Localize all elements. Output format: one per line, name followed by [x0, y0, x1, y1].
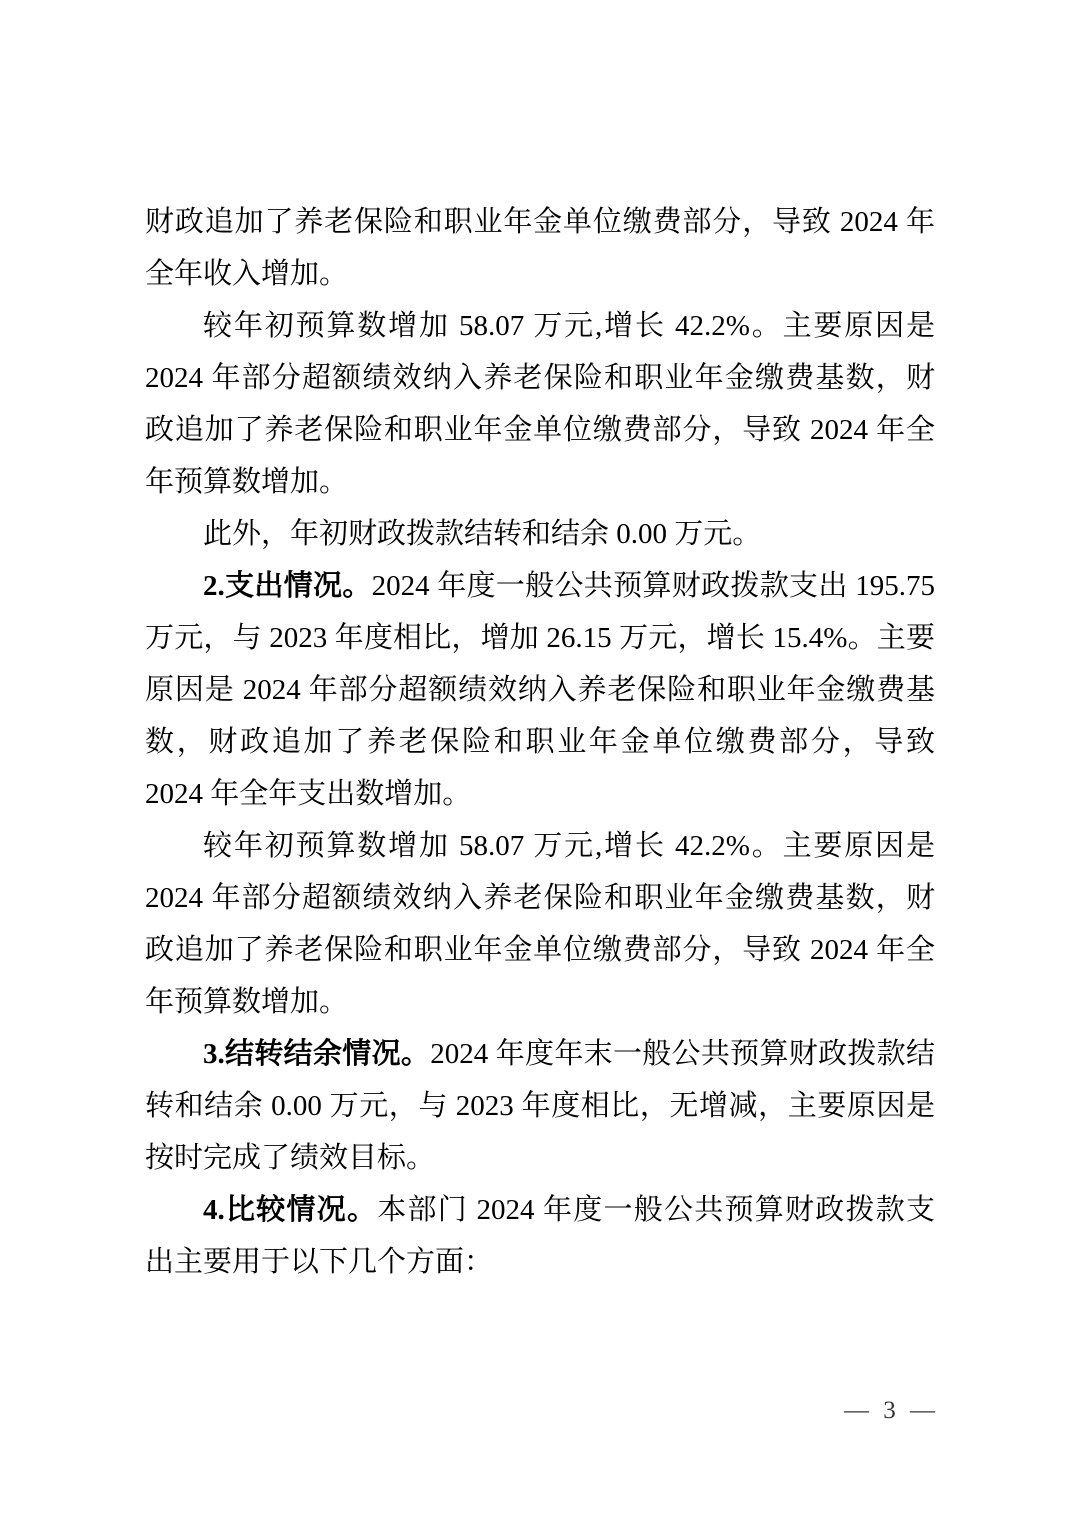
- document-page: 财政追加了养老保险和职业年金单位缴费部分，导致 2024 年全年收入增加。 较年…: [0, 0, 1074, 1520]
- page-number: — 3 —: [844, 1397, 935, 1424]
- paragraph-carryover-opening: 此外，年初财政拨款结转和结余 0.00 万元。: [145, 508, 935, 560]
- paragraph-expenditure-vs-budget: 较年初预算数增加 58.07 万元,增长 42.2%。主要原因是 2024 年部…: [145, 820, 935, 1028]
- paragraph-expenditure-text: 2024 年度一般公共预算财政拨款支出 195.75 万元，与 2023 年度相…: [145, 570, 935, 810]
- paragraph-income-vs-budget-text: 较年初预算数增加 58.07 万元,增长 42.2%。主要原因是 2024 年部…: [145, 310, 935, 498]
- document-body: 财政追加了养老保险和职业年金单位缴费部分，导致 2024 年全年收入增加。 较年…: [145, 196, 935, 1288]
- paragraph-expenditure: 2.支出情况。2024 年度一般公共预算财政拨款支出 195.75 万元，与 2…: [145, 560, 935, 820]
- paragraph-income-continuation: 财政追加了养老保险和职业年金单位缴费部分，导致 2024 年全年收入增加。: [145, 196, 935, 300]
- page-footer: — 3 —: [145, 1396, 935, 1426]
- paragraph-expenditure-vs-budget-text: 较年初预算数增加 58.07 万元,增长 42.2%。主要原因是 2024 年部…: [145, 830, 935, 1018]
- paragraph-income-vs-budget: 较年初预算数增加 58.07 万元,增长 42.2%。主要原因是 2024 年部…: [145, 300, 935, 508]
- paragraph-carryover-opening-text: 此外，年初财政拨款结转和结余 0.00 万元。: [203, 518, 761, 550]
- paragraph-comparison: 4.比较情况。本部门 2024 年度一般公共预算财政拨款支出主要用于以下几个方面…: [145, 1184, 935, 1288]
- section-heading-comparison: 4.比较情况。: [203, 1194, 377, 1226]
- paragraph-income-continuation-text: 财政追加了养老保险和职业年金单位缴费部分，导致 2024 年全年收入增加。: [145, 206, 935, 290]
- paragraph-carryover-balance: 3.结转结余情况。2024 年度年末一般公共预算财政拨款结转和结余 0.00 万…: [145, 1028, 935, 1184]
- section-heading-expenditure: 2.支出情况。: [203, 570, 372, 602]
- section-heading-carryover: 3.结转结余情况。: [203, 1038, 430, 1070]
